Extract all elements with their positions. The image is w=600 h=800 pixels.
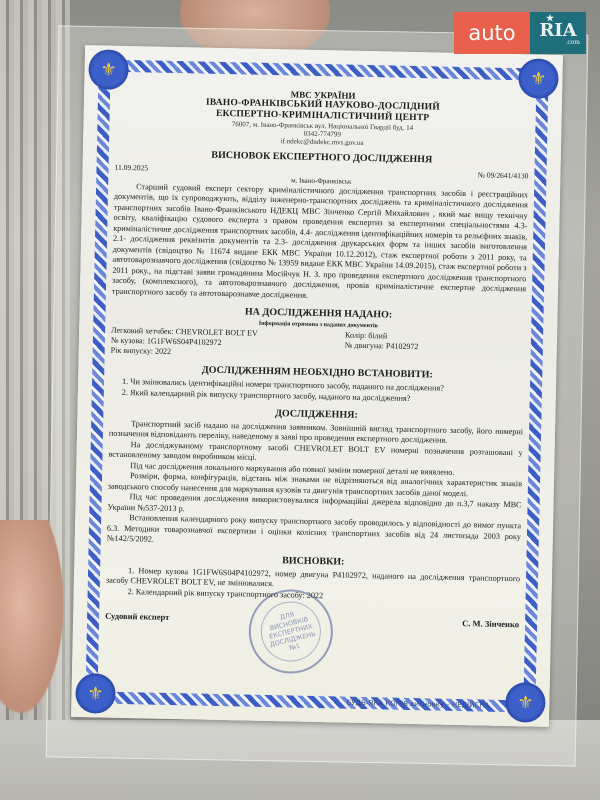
trident-icon: ⚜ [505, 682, 546, 723]
star-icon: ★ [546, 14, 554, 24]
watermark-domain: .com [565, 39, 580, 46]
watermark-auto: auto [454, 12, 530, 54]
autoria-watermark: auto ★ RIA .com [454, 12, 586, 54]
trident-icon: ⚜ [518, 58, 559, 99]
stamp-text: №1 [288, 642, 300, 652]
hand-left [0, 520, 70, 730]
watermark-ria: ★ RIA .com [530, 12, 586, 54]
trident-icon: ⚜ [75, 673, 116, 714]
document-date: 11.09.2025 [114, 163, 148, 173]
intro-paragraph: Старший судовий експерт сектору кримінал… [112, 181, 528, 305]
document-number: № 09/2641/4130 [478, 170, 529, 181]
watermark-ria-text: RIA [539, 20, 576, 41]
signature-name: С. М. Зінченко [462, 618, 519, 630]
document-header: МВС УКРАЇНИ ІВАНО-ФРАНКІВСЬКИЙ НАУКОВО-Д… [115, 86, 530, 151]
document-page: ⚜ ⚜ ⚜ ⚜ МВС УКРАЇНИ ІВАНО-ФРАНКІВСЬКИЙ Н… [71, 45, 563, 727]
signature-role: Судовий експерт [105, 611, 169, 623]
document-content: МВС УКРАЇНИ ІВАНО-ФРАНКІВСЬКИЙ НАУКОВО-Д… [105, 86, 530, 631]
